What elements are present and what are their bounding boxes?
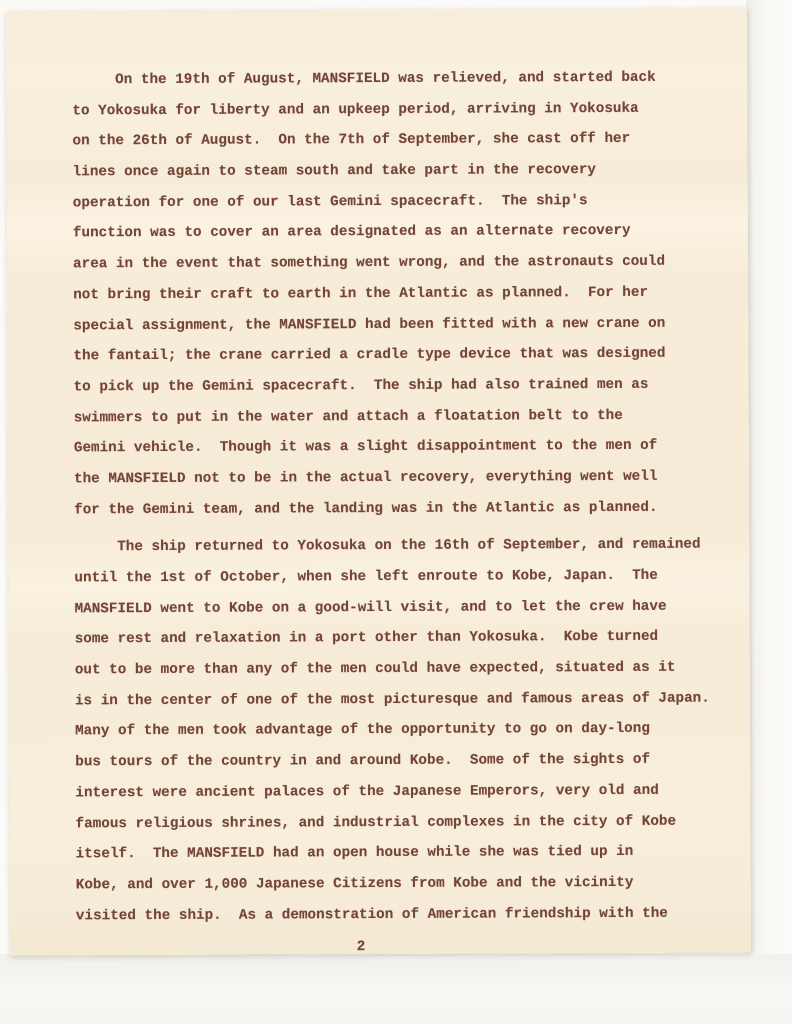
typed-line: swimmers to put in the water and attach … [74, 400, 724, 434]
typed-line: until the 1st of October, when she left … [74, 560, 724, 594]
typed-line: function was to cover an area designated… [73, 216, 723, 250]
typed-line: on the 26th of August. On the 7th of Sep… [72, 124, 722, 158]
typed-line: bus tours of the country in and around K… [75, 745, 725, 779]
typed-line: Gemini vehicle. Though it was a slight d… [74, 431, 724, 465]
typed-line: MANSFIELD went to Kobe on a good-will vi… [74, 591, 724, 625]
typed-line: The ship returned to Yokosuka on the 16t… [74, 530, 724, 564]
typed-line: visited the ship. As a demonstration of … [76, 898, 726, 932]
typed-line: the MANSFIELD not to be in the actual re… [74, 461, 724, 495]
typed-line: area in the event that something went wr… [73, 247, 723, 281]
scan-background: On the 19th of August, MANSFIELD was rel… [0, 0, 792, 1024]
typed-line: lines once again to steam south and take… [73, 155, 723, 189]
typed-line: Kobe, and over 1,000 Japanese Citizens f… [76, 867, 726, 901]
typed-text-block: On the 19th of August, MANSFIELD was rel… [72, 62, 726, 931]
typed-line: not bring their craft to earth in the At… [73, 277, 723, 311]
typed-line: to pick up the Gemini spacecraft. The sh… [74, 369, 724, 403]
typed-line: Many of the men took advantage of the op… [75, 714, 725, 748]
typed-line: itself. The MANSFIELD had an open house … [76, 837, 726, 871]
paper-sheet: On the 19th of August, MANSFIELD was rel… [6, 8, 751, 955]
typed-line: is in the center of one of the most pict… [75, 683, 725, 717]
typed-line: some rest and relaxation in a port other… [75, 622, 725, 656]
typed-line: famous religious shrines, and industrial… [75, 806, 725, 840]
typed-line: On the 19th of August, MANSFIELD was rel… [72, 62, 722, 96]
typed-line: to Yokosuka for liberty and an upkeep pe… [72, 93, 722, 127]
typed-line: out to be more than any of the men could… [75, 653, 725, 687]
scanner-margin-right [746, 0, 792, 1024]
typed-line: for the Gemini team, and the landing was… [74, 492, 724, 526]
scanner-margin-bottom [0, 954, 792, 1024]
typed-line: special assignment, the MANSFIELD had be… [73, 308, 723, 342]
page-number: 2 [10, 931, 712, 964]
typed-line: the fantail; the crane carried a cradle … [73, 339, 723, 373]
typed-line: operation for one of our last Gemini spa… [73, 185, 723, 219]
typed-line: interest were ancient palaces of the Jap… [75, 775, 725, 809]
